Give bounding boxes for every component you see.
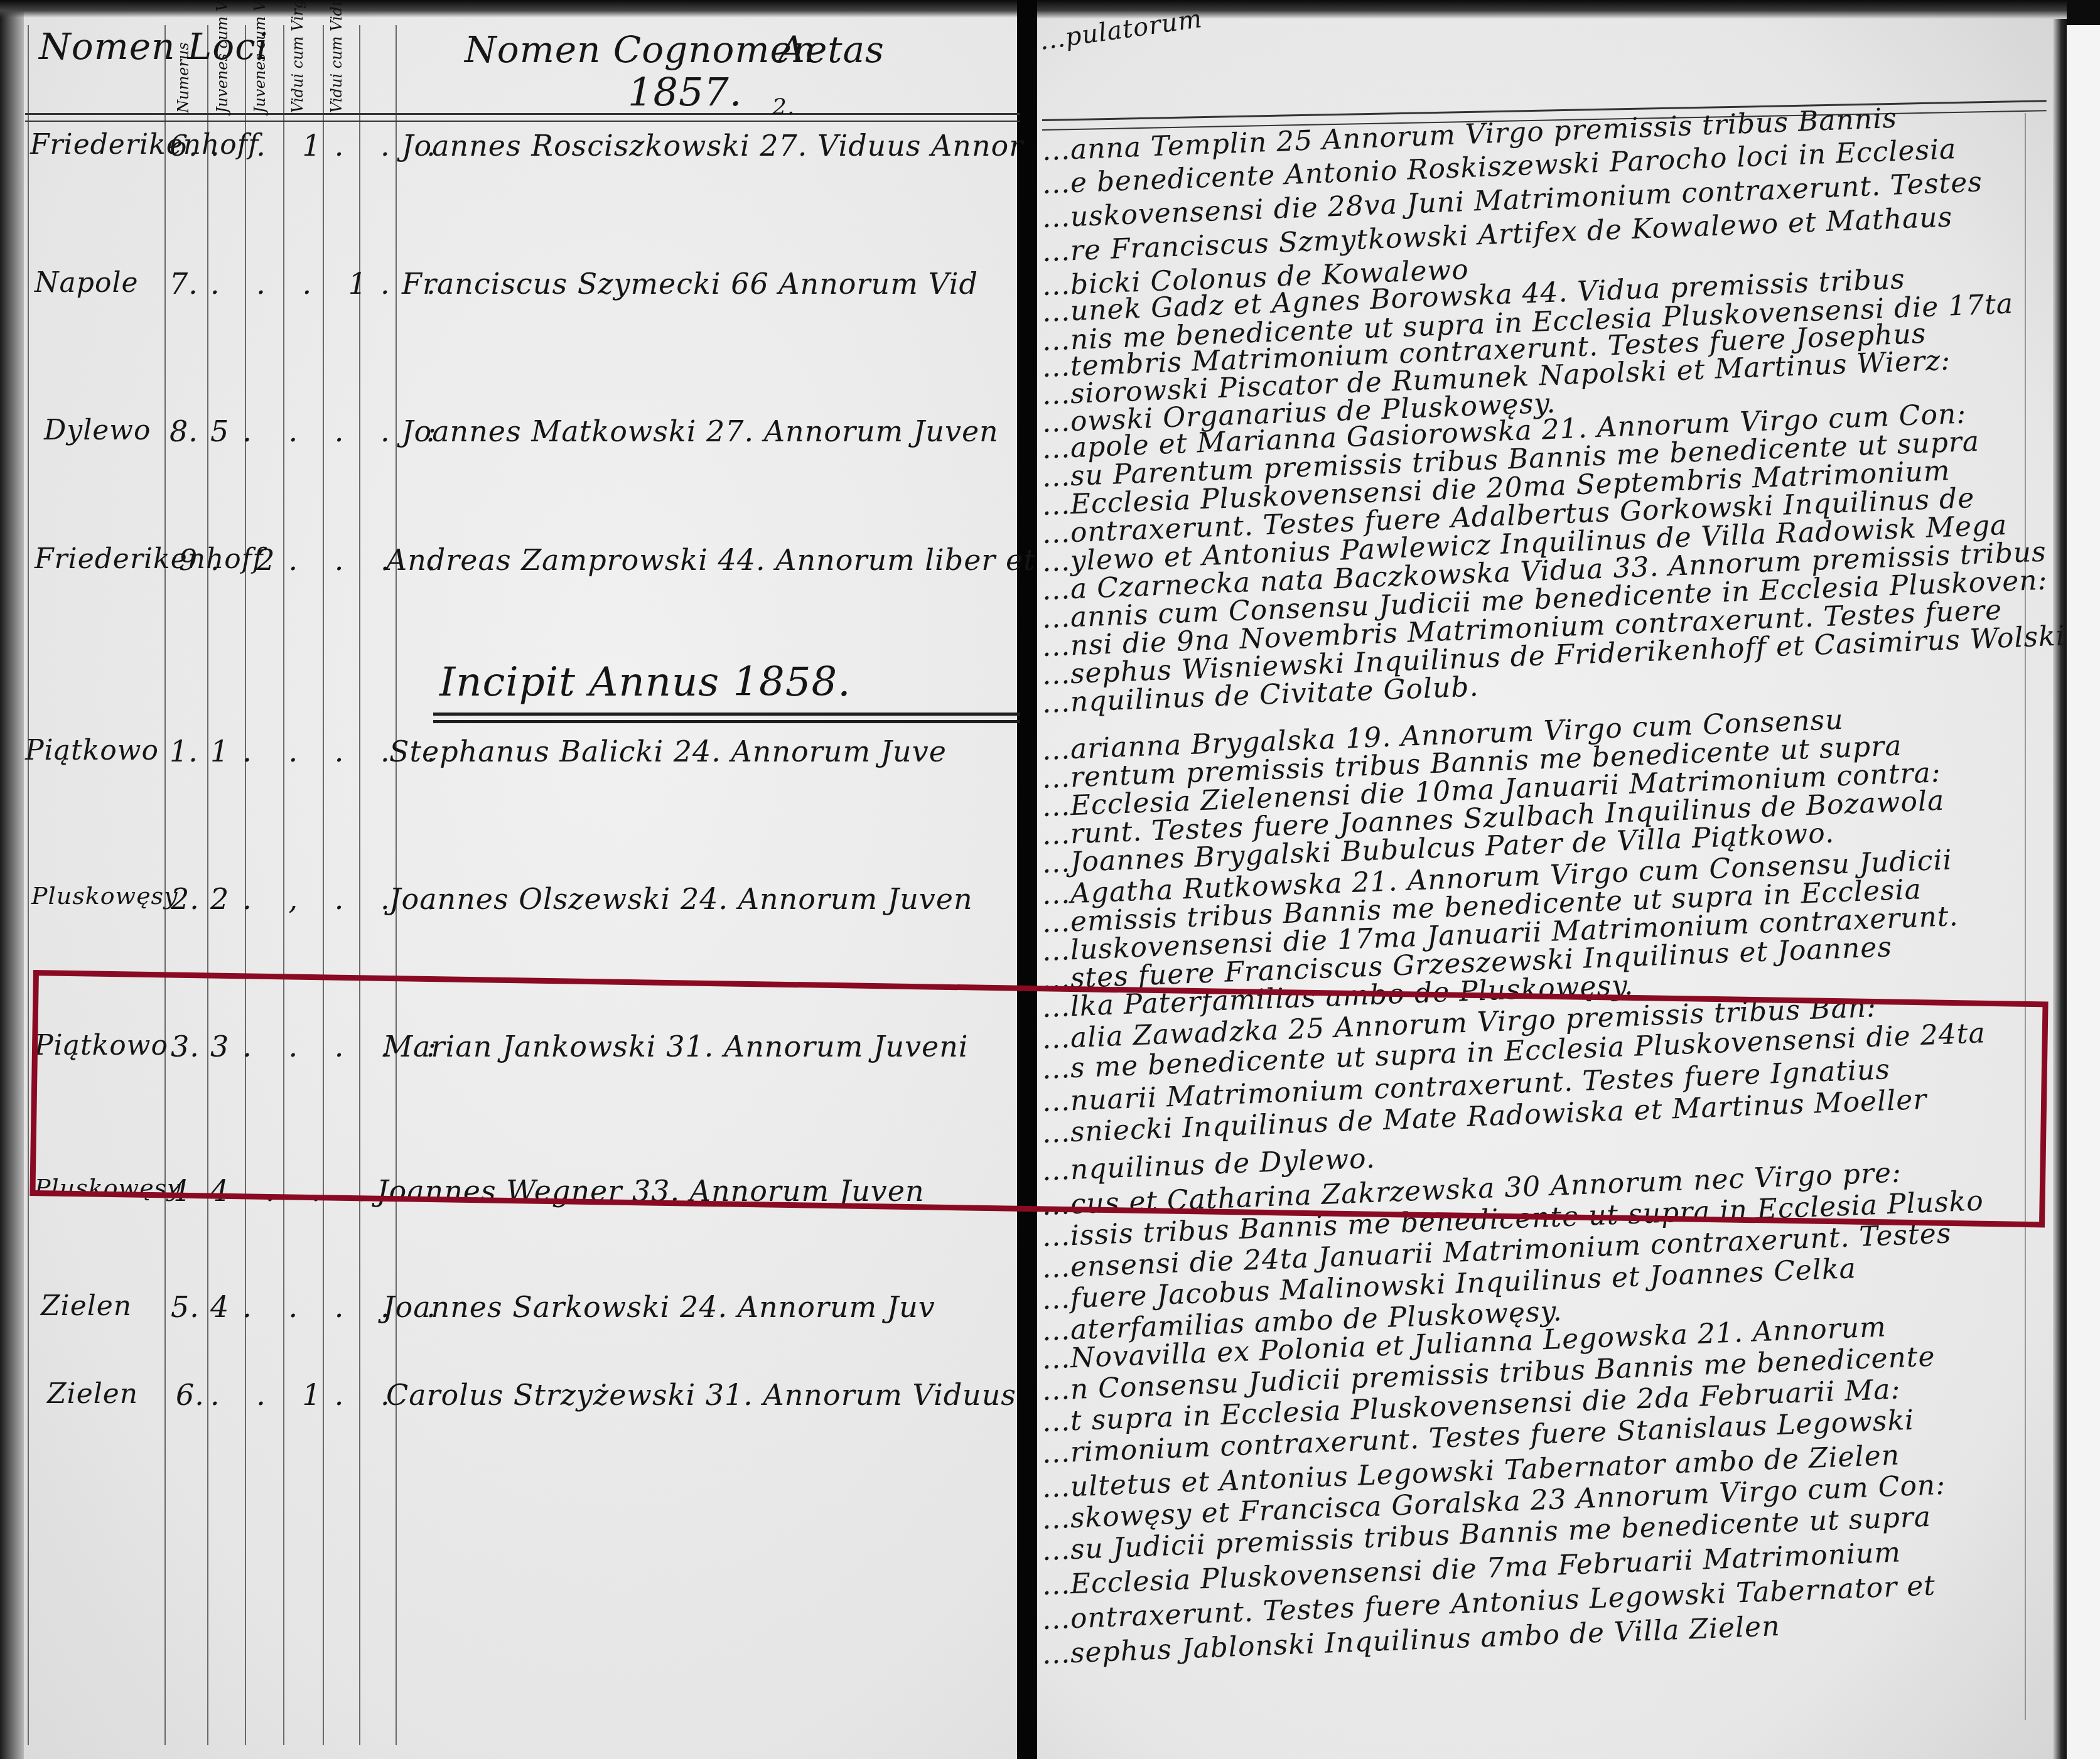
groom-entry: Carolus Strzyżewski 31. Annorum Viduus	[386, 1378, 1016, 1412]
header-rule	[25, 113, 1020, 115]
entry-number: 2.	[171, 882, 200, 916]
header-vidui-viduis: Vidui cum Viduabus	[328, 13, 345, 113]
entry-number: 1.	[170, 734, 198, 768]
groom-entry: Joannes Rosciszkowski 27. Viduus Annor	[402, 129, 1023, 163]
top-shadow	[0, 0, 1020, 18]
book-left-edge	[0, 0, 24, 1759]
place-name: Napole	[35, 267, 139, 299]
groom-entry: Joannes Sarkowski 24. Annorum Juv	[383, 1290, 935, 1324]
highlight-box-entry-3	[30, 970, 2048, 1227]
groom-entry: Stephanus Balicki 24. Annorum Juve	[389, 734, 947, 768]
header-numerus: Numerus	[175, 38, 192, 113]
place-name: Dylewo	[44, 414, 151, 446]
entry-number: 8.	[170, 414, 198, 448]
place-name: Piątkowo	[25, 734, 159, 767]
place-name: Zielen	[47, 1378, 138, 1410]
heading-underline	[433, 713, 1020, 716]
place-name: Zielen	[41, 1290, 132, 1322]
place-name: Pluskowęsy	[31, 882, 178, 910]
right-margin-rule	[2025, 113, 2026, 1720]
left-page	[0, 0, 1020, 1759]
scan-margin	[2067, 25, 2100, 1759]
stray-mark: 2.	[772, 94, 795, 120]
column-rule	[28, 25, 29, 1745]
header-year: 1857.	[628, 69, 743, 115]
entry-number: 7.	[170, 267, 198, 301]
heading-underline	[433, 720, 1020, 723]
groom-entry: Joannes Olszewski 24. Annorum Juven	[389, 882, 973, 916]
entry-number: 6.	[176, 1378, 205, 1412]
header-vidui-virginibus: Vidui cum Virginibus	[289, 13, 306, 113]
entry-number: 6.	[170, 129, 198, 163]
header-rule	[25, 121, 1020, 122]
section-heading-1858: Incipit Annus 1858.	[439, 659, 851, 706]
column-rule	[207, 25, 208, 1745]
entry-number: 9	[179, 543, 198, 577]
header-juvenes-viduis: Juvenes cum Viduis	[251, 13, 269, 113]
header-juvenes-virgines: Juvenes cum Virginibus	[213, 13, 231, 113]
groom-entry: Andreas Zamprowski 44. Annorum liber et	[386, 543, 1036, 577]
header-aetas: Aetas	[778, 28, 885, 71]
header-nomen-cognomen: Nomen Cognomen	[465, 28, 816, 71]
groom-entry: Franciscus Szymecki 66 Annorum Vid	[402, 267, 978, 301]
groom-entry: Joannes Matkowski 27. Annorum Juven	[402, 414, 999, 448]
book-spine	[1017, 0, 1037, 1759]
entry-number: 5.	[171, 1290, 200, 1324]
header-nomen-loci: Nomen Loci	[39, 25, 268, 68]
book-right-edge	[2053, 19, 2067, 1759]
header-label: Nomen Loci	[39, 25, 268, 68]
